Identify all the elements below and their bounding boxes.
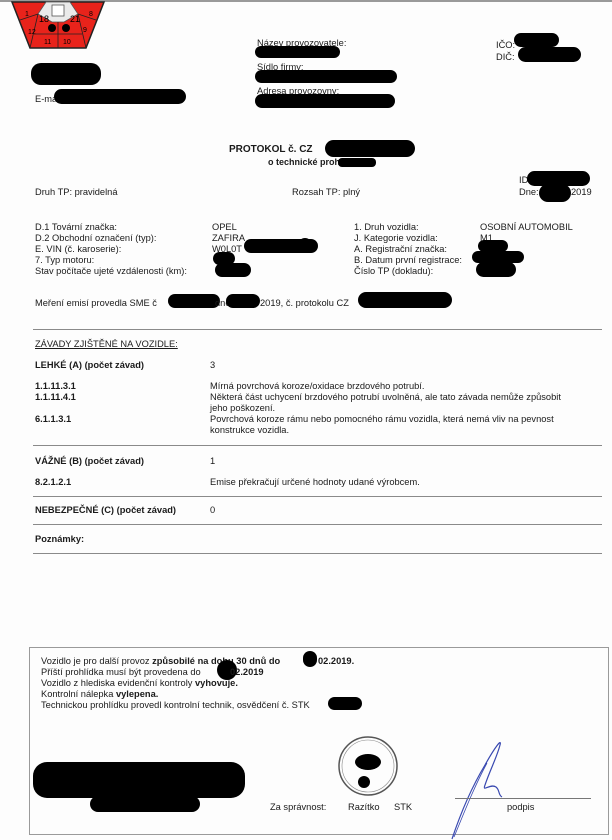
notes-label: Poznámky: xyxy=(35,534,84,544)
emissions-text: Meření emisí provedla SME č xyxy=(35,298,157,308)
redacted-day xyxy=(303,651,317,667)
correctness-label: Za správnost: xyxy=(270,802,326,812)
redacted-protocol-number xyxy=(325,140,415,157)
dangerous-defects-count: 0 xyxy=(210,505,215,515)
vehicle-kind-value: OSOBNÍ AUTOMOBIL xyxy=(480,222,573,232)
redacted-sme-number xyxy=(168,294,220,308)
divider xyxy=(33,329,602,330)
odometer-label: Stav počítače ujeté vzdálenosti (km): xyxy=(35,266,187,276)
vehicle-model-value: ZAFIRA xyxy=(212,233,245,243)
svg-text:10: 10 xyxy=(63,39,71,46)
divider xyxy=(33,496,602,497)
redacted-branch-address xyxy=(255,94,395,108)
redacted-dic xyxy=(518,47,581,62)
vehicle-make-label: D.1 Tovární značka: xyxy=(35,222,117,232)
signature-label: podpis xyxy=(507,802,534,812)
defect-description-cont: jeho poškození. xyxy=(210,403,275,413)
date-label: Dne: xyxy=(519,187,539,197)
redacted-email xyxy=(54,89,186,104)
registration-check-text: Vozidlo z hlediska evidenční kontroly xyxy=(41,678,195,688)
divider xyxy=(33,524,602,525)
emissions-prefix: Meření emisí provedla SME č xyxy=(35,298,157,308)
next-inspection-line: Příští prohlídka musí být provedena do xyxy=(41,667,201,677)
technician-line: Technickou prohlídku provedl kontrolní t… xyxy=(41,700,310,710)
redacted-technician-name xyxy=(33,762,245,798)
redacted-certificate xyxy=(328,697,362,710)
defect-code: 6.1.1.3.1 xyxy=(35,414,71,424)
vin-label: E. VIN (č. karoserie): xyxy=(35,244,121,254)
stk-label: STK xyxy=(394,802,412,812)
redacted-emissions-protocol xyxy=(358,292,452,308)
sticker-text: Kontrolní nálepka xyxy=(41,689,116,699)
divider xyxy=(33,445,602,446)
vehicle-category-label: J. Kategorie vozidla: xyxy=(354,233,438,243)
defect-description: Povrchová koroze rámu nebo pomocného rám… xyxy=(210,414,554,424)
vehicle-model-label: D.2 Obchodní označení (typ): xyxy=(35,233,156,243)
redacted-mark xyxy=(298,238,312,252)
stk-sticker-logo-icon: 1 18 21 8 12 9 11 10 xyxy=(6,0,110,50)
signature xyxy=(440,735,530,840)
redacted-seat xyxy=(255,70,397,83)
defect-description: Mírná povrchová koroze/oxidace brzdového… xyxy=(210,381,424,391)
registration-check-result: vyhovuje. xyxy=(195,678,238,688)
inspection-type: Druh TP: pravidelná xyxy=(35,187,118,197)
redacted-subtitle xyxy=(338,158,376,167)
next-inspection-date: 02.2019 xyxy=(230,667,264,677)
svg-text:8: 8 xyxy=(89,11,93,18)
fitness-text: Vozidlo je pro další provoz xyxy=(41,656,152,666)
major-defects-label: VÁŽNÉ (B) (počet závad) xyxy=(35,456,144,466)
date-year: 2019 xyxy=(571,187,592,197)
sticker-line: Kontrolní nálepka vylepena. xyxy=(41,689,158,699)
redacted-odometer xyxy=(215,263,251,277)
dic-label: DIČ: xyxy=(496,52,515,62)
svg-text:9: 9 xyxy=(83,27,87,34)
ico-label: IČO: xyxy=(496,40,515,50)
redacted-ico xyxy=(514,33,559,47)
svg-text:21: 21 xyxy=(70,14,80,24)
svg-text:12: 12 xyxy=(28,29,36,36)
registration-plate-label: A. Registrační značka: xyxy=(354,244,447,254)
fitness-line: Vozidlo je pro další provoz způsobilé na… xyxy=(41,656,280,666)
defect-code: 8.2.1.2.1 xyxy=(35,477,71,487)
defects-heading: ZÁVADY ZJIŠTĚNÉ NA VOZIDLE: xyxy=(35,339,178,349)
signature-icon xyxy=(440,735,530,840)
major-defects-count: 1 xyxy=(210,456,215,466)
signature-line xyxy=(455,798,591,799)
registration-check-line: Vozidlo z hlediska evidenční kontroly vy… xyxy=(41,678,238,688)
minor-defects-label: LEHKÉ (A) (počet závad) xyxy=(35,360,144,370)
defect-code: 1.1.11.3.1 xyxy=(35,381,76,391)
redacted-operator xyxy=(255,46,340,58)
defect-description-cont: konstrukce vozidla. xyxy=(210,425,289,435)
tp-number-label: Číslo TP (dokladu): xyxy=(354,266,433,276)
redacted-date xyxy=(539,184,571,202)
stk-logo: 1 18 21 8 12 9 11 10 xyxy=(6,0,110,50)
stamp-label: Razítko xyxy=(348,802,380,812)
first-registration-label: B. Datum první registrace: xyxy=(354,255,462,265)
stamp-icon xyxy=(337,735,399,797)
dangerous-defects-label: NEBEZPEČNÉ (C) (počet závad) xyxy=(35,505,176,515)
minor-defects-count: 3 xyxy=(210,360,215,370)
svg-text:18: 18 xyxy=(39,14,49,24)
defect-description: Některá část uchycení brzdového potrubí … xyxy=(210,392,561,402)
fitness-period: způsobilé na dobu 30 dnů do xyxy=(152,656,280,666)
redacted-emissions-date xyxy=(226,294,260,308)
defect-code: 1.1.11.4.1 xyxy=(35,392,76,402)
stk-stamp xyxy=(337,735,399,797)
emissions-protocol: 2019, č. protokolu CZ xyxy=(260,298,349,308)
inspection-scope: Rozsah TP: plný xyxy=(292,187,360,197)
svg-text:11: 11 xyxy=(44,39,51,46)
defect-description: Emise překračují určené hodnoty udané vý… xyxy=(210,477,420,487)
svg-text:1: 1 xyxy=(25,11,29,18)
protocol-title: PROTOKOL č. CZ xyxy=(229,144,313,155)
sticker-status: vylepena. xyxy=(116,689,158,699)
fitness-date: 02.2019. xyxy=(318,656,354,666)
vehicle-make-value: OPEL xyxy=(212,222,237,232)
vehicle-kind-label: 1. Druh vozidla: xyxy=(354,222,419,232)
redacted-station-name xyxy=(31,63,101,85)
redacted-technician-name-2 xyxy=(90,796,200,812)
divider xyxy=(33,553,602,554)
redacted-tp-number xyxy=(476,262,516,277)
engine-type-label: 7. Typ motoru: xyxy=(35,255,94,265)
